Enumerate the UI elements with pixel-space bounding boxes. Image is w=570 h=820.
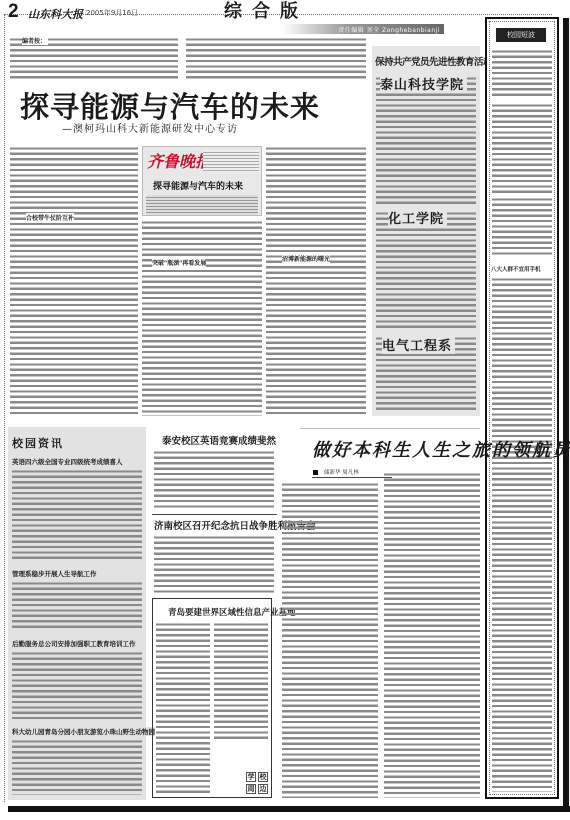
- subsection-heading: 突破"瓶颈"再看发展: [152, 258, 206, 267]
- page-number: 2: [8, 2, 19, 22]
- page-shadow-bottom: [8, 806, 570, 812]
- divider: [152, 514, 277, 515]
- main-article-col-2: 今天起，一则消息引起我们的注意，澳柯玛新能源研发中心在山东科技大学青岛校区正式成…: [142, 220, 262, 416]
- feature-byline: 储新华 周凡林: [313, 468, 359, 476]
- sidebar-brief: ▲9月10日，各学院隆重庆祝第21个教师节……（宣传部）: [492, 103, 552, 193]
- sidebar-brief: ▲近日，学校2005级新生军训工作圆满结束……（武装部）: [492, 197, 552, 255]
- center-news-text: 本报讯 9月3日，济南校区召开纪念中国人民抗日战争暨世界反法西斯战争胜利60周年…: [154, 535, 274, 593]
- campus-news-panel: 校园资讯 英语四六级全国专业四级统考成绩喜人 本报讯 今年我校英语四、六级考试成…: [8, 427, 146, 800]
- news-item-title: 管理系稳步开展人生导航工作: [12, 569, 97, 578]
- news-item-text: 本报讯 今年我校英语四、六级考试成绩再创新高……: [12, 469, 142, 561]
- sidebar-tag: 校园短波: [496, 28, 546, 42]
- campaign-unit-title: 泰山科技学院: [380, 74, 467, 93]
- campaign-panel: 保持共产党员先进性教育活动"回头看" 近期，泰山科技学院按照校党委的统一部署，认…: [372, 46, 480, 416]
- center-news-text: 本报讯 在2005年全国大学生英语竞赛中，泰安校区学生取得优异成绩……: [154, 450, 274, 510]
- campaign-unit-title: 电气工程系: [382, 335, 455, 354]
- campaign-unit-text: 近期，泰山科技学院按照校党委的统一部署，认真开展了保持共产党员先进性教育活动"回…: [376, 76, 476, 206]
- campus-surroundings-stamp: 周: [246, 784, 256, 794]
- feature-title: 做好本科生人生之旅的领航员: [312, 436, 570, 462]
- center-news-title: 泰安校区英语竞赛成绩斐然: [162, 433, 276, 447]
- sidebar-feature-title: 八大人群不宜用手机: [491, 265, 541, 273]
- news-item-text: 本报讯 管理系为了做好新生入学教育工作……: [12, 581, 142, 631]
- campus-surroundings-stamp: 校: [258, 772, 268, 782]
- newspaper-photo: 齐鲁晚报 探寻能源与汽车的未来: [142, 146, 262, 216]
- byline-authors: 储新华 周凡林: [324, 470, 359, 476]
- campaign-unit-title: 化工学院: [388, 208, 447, 227]
- campus-news-tag: 校园资讯: [12, 435, 64, 451]
- main-headline: 探寻能源与汽车的未来: [20, 90, 320, 124]
- page-shadow-right: [563, 18, 569, 812]
- byline-rule: [312, 477, 392, 478]
- campus-surroundings-stamp: 学: [246, 772, 256, 782]
- campaign-unit-text: 化工学院党委按照学校党委的要求，认真组织开展了先进性教育活动"回头看"工作……: [376, 211, 476, 331]
- editor-note-label: 编者按：: [22, 36, 48, 45]
- photo-texture: [203, 150, 259, 172]
- news-item-title: 后勤服务总公司安排加强职工教育培训工作: [12, 639, 136, 648]
- masthead: 2 山东科大报 2005年9月16日 综合版: [6, 2, 446, 22]
- photo-headline: 探寻能源与汽车的未来: [153, 179, 243, 192]
- subsection-heading: 沼博新能源的曙光: [282, 254, 330, 263]
- byline-marker-icon: [313, 470, 318, 475]
- subsection-heading: 合校带牛仗阶互补: [26, 213, 74, 222]
- boxed-article-title: 青岛要建世界区域性信息产业基地: [168, 606, 296, 618]
- paper-name: 山东科大报: [28, 6, 83, 22]
- boxed-article-text: 本报讯 据《青岛日报》报道，青岛市将建设世界区域性信息产业基地……: [156, 622, 210, 794]
- campus-surroundings-stamp: 边: [258, 784, 268, 794]
- page-border-left: [4, 14, 5, 802]
- news-item-text: 本报讯 近日，科大幼儿园青岛分园组织小朋友……: [12, 739, 142, 795]
- photo-body-texture: [146, 195, 258, 215]
- feature-text-col-1: 本科生导师制在西方已有很长的历史，在我校推行本科生导师制是提高人才培养质量的重要…: [282, 482, 378, 798]
- section-bar: 责任编辑 刘全 Zonghebanbianji: [282, 24, 444, 34]
- news-item-text: 本报讯 近日，后勤服务总公司召开全体职工大会……: [12, 651, 142, 719]
- divider: [300, 428, 480, 429]
- sidebar-brief: ▲日前，学校召开全校教学工作会议，总结暑期工作……（教务处）: [492, 49, 552, 99]
- main-article-col-3: 今天起，一则消息引起我们的注意，澳柯玛新能源研发中心在山东科技大学青岛校区正式成…: [266, 146, 366, 416]
- publication-date: 2005年9月16日: [86, 8, 138, 18]
- news-item-title: 科大幼儿园青岛分园小朋友游览小珠山野生动物园: [12, 727, 155, 736]
- section-bar-text: 责任编辑 刘全 Zonghebanbianji: [338, 25, 440, 34]
- feature-text-col-2: 本科生导师制在西方已有很长的历史，在我校推行本科生导师制是提高人才培养质量的重要…: [384, 472, 480, 798]
- editor-note-body-cont: 近日，本报记者走访了澳柯玛山东科技大学新能源研发中心，对该中心所取得的科研成果进…: [186, 37, 366, 81]
- photo-newspaper-logo: 齐鲁晚报: [147, 149, 211, 172]
- main-subheadline: —澳柯玛山科大新能源研发中心专访: [62, 123, 238, 137]
- main-article-col-1: 今天起，一则消息引起我们的注意，澳柯玛新能源研发中心在山东科技大学青岛校区正式成…: [10, 146, 138, 416]
- news-item-title: 英语四六级全国专业四级统考成绩喜人: [12, 457, 123, 466]
- sidebar-campus-briefs: 校园短波 ▲日前，学校召开全校教学工作会议，总结暑期工作……（教务处） ▲9月1…: [485, 17, 559, 799]
- section-title: 综合版: [224, 2, 308, 22]
- sidebar-feature-text: 据有关专家介绍，以下八类人群不宜使用手机……（摘自《科技日报》）: [492, 277, 552, 792]
- newspaper-page: 2 山东科大报 2005年9月16日 综合版 责任编辑 刘全 Zongheban…: [0, 0, 570, 820]
- boxed-article-text: 本报讯 据《青岛日报》报道，青岛市将建设世界区域性信息产业基地……: [214, 622, 268, 740]
